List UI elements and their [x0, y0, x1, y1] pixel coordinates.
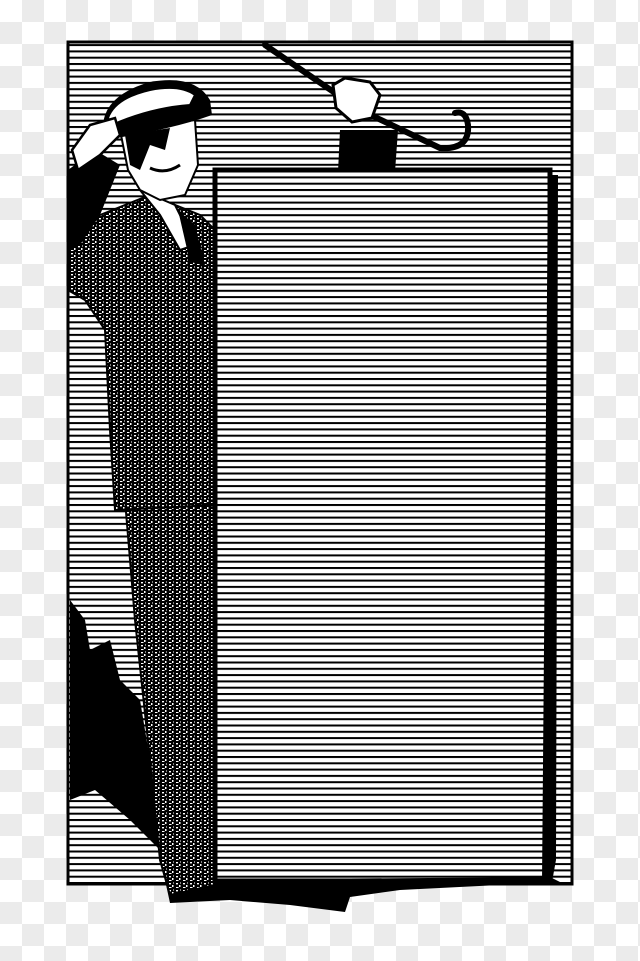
sleeve-cuff [338, 130, 398, 172]
vintage-illustration [0, 0, 640, 961]
